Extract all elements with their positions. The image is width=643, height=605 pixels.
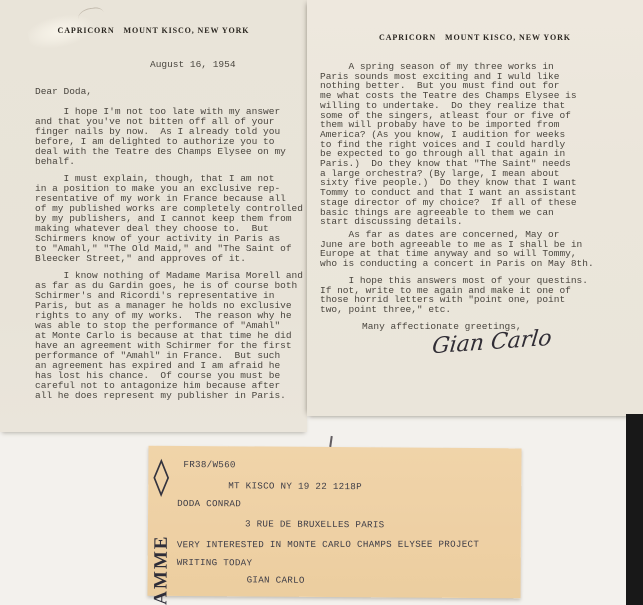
letterhead-name: CAPRICORN <box>58 26 115 35</box>
scanned-correspondence: CAPRICORNMOUNT KISCO, NEW YORK August 16… <box>0 0 643 605</box>
scan-edge-strip <box>626 414 643 605</box>
telegram-message-line: WRITING TODAY <box>177 557 253 569</box>
letter-paragraph: I know nothing of Madame Marisa Morell a… <box>35 271 303 401</box>
letter-paragraph: I must explain, though, that I am not in… <box>35 174 303 264</box>
telegram-reference: FR38/W560 <box>183 459 235 470</box>
letterhead-name: CAPRICORN <box>379 33 436 42</box>
telegram-origin-line: MT KISCO NY 19 22 1218P <box>228 480 362 492</box>
letterhead: CAPRICORNMOUNT KISCO, NEW YORK <box>307 33 643 42</box>
letter-paragraph: As far as dates are concerned, May or Ju… <box>320 230 594 269</box>
letterhead-address: MOUNT KISCO, NEW YORK <box>445 33 571 42</box>
telegram-recipient: DODA CONRAD <box>177 498 241 509</box>
telegram-address: 3 RUE DE BRUXELLES PARIS <box>245 518 385 530</box>
letterhead: CAPRICORNMOUNT KISCO, NEW YORK <box>0 26 307 35</box>
letterhead-address: MOUNT KISCO, NEW YORK <box>124 26 250 35</box>
letter-page-1: CAPRICORNMOUNT KISCO, NEW YORK August 16… <box>0 0 307 432</box>
letter-paragraph: I hope I'm not too late with my answer a… <box>35 107 286 167</box>
diamond-icon: ◊ <box>153 457 169 494</box>
pen-mark <box>329 436 333 447</box>
letter-paragraph: A spring season of my three works in Par… <box>320 62 577 227</box>
telegram: ◊ FR38/W560 MT KISCO NY 19 22 1218P DODA… <box>147 446 521 599</box>
telegram-message-line: VERY INTERESTED IN MONTE CARLO CHAMPS EL… <box>177 539 479 551</box>
salutation: Dear Doda, <box>35 87 92 97</box>
telegram-signature: GIAN CARLO <box>247 574 305 585</box>
letter-date: August 16, 1954 <box>150 60 236 70</box>
letter-page-2: CAPRICORNMOUNT KISCO, NEW YORK A spring … <box>307 0 643 416</box>
letter-paragraph: I hope this answers most of your questin… <box>320 276 588 315</box>
telegram-edge-word: AMME <box>150 534 172 604</box>
